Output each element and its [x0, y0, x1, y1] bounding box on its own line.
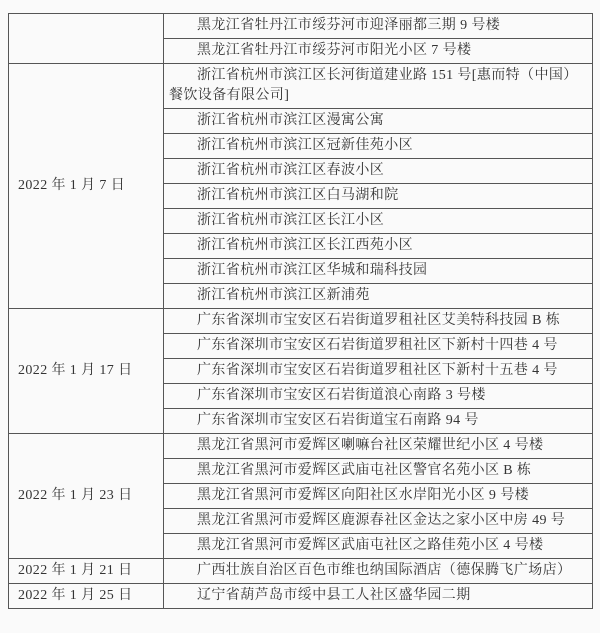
date-cell: 2022 年 1 月 7 日 [9, 64, 164, 309]
table-row: 黑龙江省牡丹江市绥芬河市迎泽丽都三期 9 号楼 [9, 14, 593, 39]
address-cell: 浙江省杭州市滨江区长河街道建业路 151 号[惠而特（中国）餐饮设备有限公司] [164, 64, 593, 109]
address-cell: 黑龙江省黑河市爱辉区鹿源春社区金达之家小区中房 49 号 [164, 509, 593, 534]
exposure-sites-table: 黑龙江省牡丹江市绥芬河市迎泽丽都三期 9 号楼 黑龙江省牡丹江市绥芬河市阳光小区… [8, 13, 593, 609]
address-cell: 浙江省杭州市滨江区长江小区 [164, 209, 593, 234]
address-cell: 浙江省杭州市滨江区漫寓公寓 [164, 109, 593, 134]
address-cell: 黑龙江省黑河市爱辉区武庙屯社区警官名苑小区 B 栋 [164, 459, 593, 484]
date-cell: 2022 年 1 月 25 日 [9, 584, 164, 609]
address-cell: 广东省深圳市宝安区石岩街道浪心南路 3 号楼 [164, 384, 593, 409]
date-cell [9, 14, 164, 64]
date-cell: 2022 年 1 月 21 日 [9, 559, 164, 584]
address-cell: 浙江省杭州市滨江区长江西苑小区 [164, 234, 593, 259]
address-cell: 广东省深圳市宝安区石岩街道宝石南路 94 号 [164, 409, 593, 434]
date-cell: 2022 年 1 月 23 日 [9, 434, 164, 559]
address-cell: 黑龙江省黑河市爱辉区喇嘛台社区荣耀世纪小区 4 号楼 [164, 434, 593, 459]
document-page: 黑龙江省牡丹江市绥芬河市迎泽丽都三期 9 号楼 黑龙江省牡丹江市绥芬河市阳光小区… [0, 0, 600, 633]
date-cell: 2022 年 1 月 17 日 [9, 309, 164, 434]
table-row: 2022 年 1 月 25 日 辽宁省葫芦岛市绥中县工人社区盛华园二期 [9, 584, 593, 609]
table-row: 2022 年 1 月 17 日 广东省深圳市宝安区石岩街道罗租社区艾美特科技园 … [9, 309, 593, 334]
address-cell: 浙江省杭州市滨江区新浦苑 [164, 284, 593, 309]
address-cell: 浙江省杭州市滨江区春波小区 [164, 159, 593, 184]
address-cell: 广东省深圳市宝安区石岩街道罗租社区下新村十四巷 4 号 [164, 334, 593, 359]
address-cell: 辽宁省葫芦岛市绥中县工人社区盛华园二期 [164, 584, 593, 609]
address-cell: 广西壮族自治区百色市维也纳国际酒店（德保腾飞广场店） [164, 559, 593, 584]
address-cell: 黑龙江省黑河市爱辉区向阳社区水岸阳光小区 9 号楼 [164, 484, 593, 509]
address-cell: 黑龙江省牡丹江市绥芬河市迎泽丽都三期 9 号楼 [164, 14, 593, 39]
address-cell: 浙江省杭州市滨江区冠新佳苑小区 [164, 134, 593, 159]
address-cell: 广东省深圳市宝安区石岩街道罗租社区下新村十五巷 4 号 [164, 359, 593, 384]
address-cell: 广东省深圳市宝安区石岩街道罗租社区艾美特科技园 B 栋 [164, 309, 593, 334]
table-row: 2022 年 1 月 7 日 浙江省杭州市滨江区长河街道建业路 151 号[惠而… [9, 64, 593, 109]
table-row: 2022 年 1 月 21 日 广西壮族自治区百色市维也纳国际酒店（德保腾飞广场… [9, 559, 593, 584]
address-cell: 黑龙江省黑河市爱辉区武庙屯社区之路佳苑小区 4 号楼 [164, 534, 593, 559]
table-row: 2022 年 1 月 23 日 黑龙江省黑河市爱辉区喇嘛台社区荣耀世纪小区 4 … [9, 434, 593, 459]
address-cell: 浙江省杭州市滨江区华城和瑞科技园 [164, 259, 593, 284]
address-cell: 浙江省杭州市滨江区白马湖和院 [164, 184, 593, 209]
address-cell: 黑龙江省牡丹江市绥芬河市阳光小区 7 号楼 [164, 39, 593, 64]
